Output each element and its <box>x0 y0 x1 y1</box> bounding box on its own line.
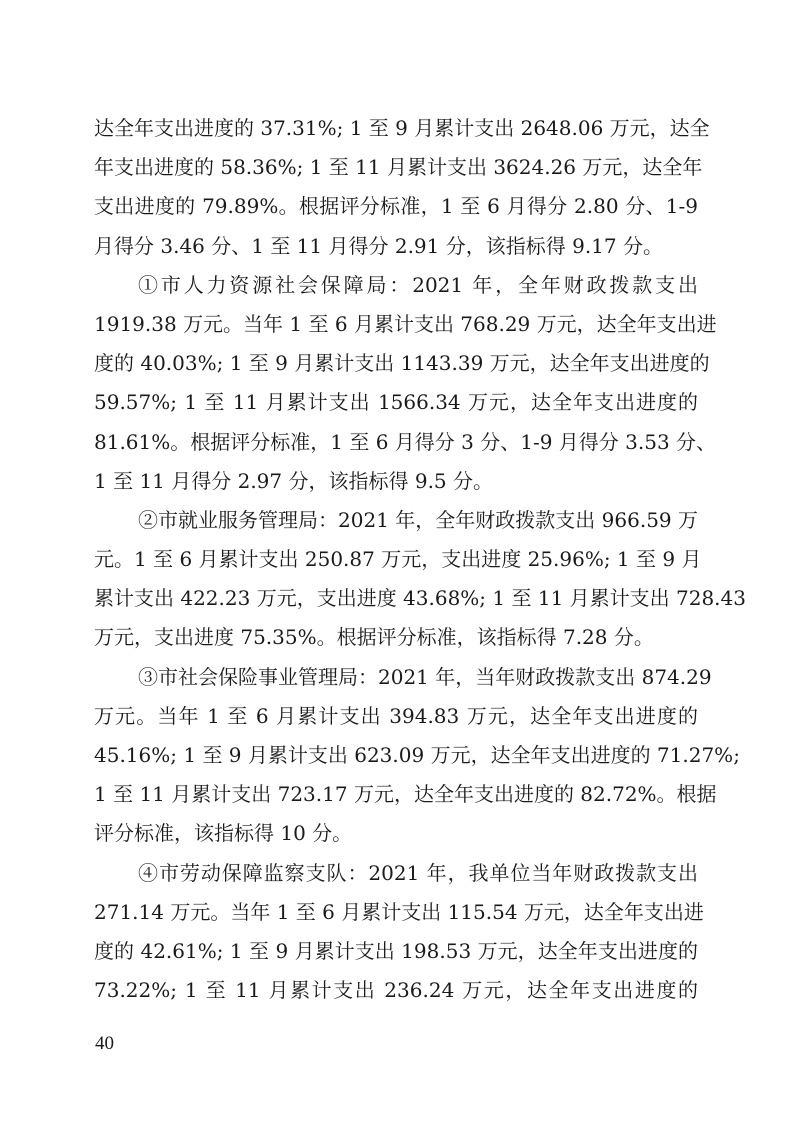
text-line: 73.22%; 1 至 11 月累计支出 236.24 万元，达全年支出进度的 <box>94 974 698 1013</box>
text-line: 1 至 11 月累计支出 723.17 万元，达全年支出进度的 82.72%。根… <box>94 778 698 817</box>
text-line: ④市劳动保障监察支队：2021 年，我单位当年财政拨款支出 <box>94 857 698 896</box>
text-line: 评分标准，该指标得 10 分。 <box>94 817 698 856</box>
text-line: 年支出进度的 58.36%; 1 至 11 月累计支出 3624.26 万元，达… <box>94 151 698 190</box>
paragraph-unit-2-employment-service: ②市就业服务管理局：2021 年，全年财政拨款支出 966.59 万 元。1 至… <box>94 504 698 661</box>
text-line: 1 至 11 月得分 2.97 分，该指标得 9.5 分。 <box>94 465 698 504</box>
document-body: 达全年支出进度的 37.31%; 1 至 9 月累计支出 2648.06 万元，… <box>94 112 698 1013</box>
text-line: 达全年支出进度的 37.31%; 1 至 9 月累计支出 2648.06 万元，… <box>94 112 698 151</box>
text-line: 万元。当年 1 至 6 月累计支出 394.83 万元，达全年支出进度的 <box>94 700 698 739</box>
text-line: 支出进度的 79.89%。根据评分标准，1 至 6 月得分 2.80 分、1-9 <box>94 190 698 229</box>
paragraph-unit-3-social-insurance: ③市社会保险事业管理局：2021 年，当年财政拨款支出 874.29 万元。当年… <box>94 661 698 857</box>
text-line: 元。1 至 6 月累计支出 250.87 万元，支出进度 25.96%; 1 至… <box>94 543 698 582</box>
paragraph-summary-continued: 达全年支出进度的 37.31%; 1 至 9 月累计支出 2648.06 万元，… <box>94 112 698 269</box>
text-line: 1919.38 万元。当年 1 至 6 月累计支出 768.29 万元，达全年支… <box>94 308 698 347</box>
page-number: 40 <box>95 1033 114 1055</box>
paragraph-unit-1-hrss-bureau: ①市人力资源社会保障局：2021 年，全年财政拨款支出 1919.38 万元。当… <box>94 269 698 504</box>
text-line: 271.14 万元。当年 1 至 6 月累计支出 115.54 万元，达全年支出… <box>94 896 698 935</box>
text-line: ②市就业服务管理局：2021 年，全年财政拨款支出 966.59 万 <box>94 504 698 543</box>
text-line: 累计支出 422.23 万元，支出进度 43.68%; 1 至 11 月累计支出… <box>94 582 698 621</box>
text-line: ①市人力资源社会保障局：2021 年，全年财政拨款支出 <box>94 269 698 308</box>
text-line: 81.61%。根据评分标准，1 至 6 月得分 3 分、1-9 月得分 3.53… <box>94 426 698 465</box>
text-line: 月得分 3.46 分、1 至 11 月得分 2.91 分，该指标得 9.17 分… <box>94 230 698 269</box>
text-line: ③市社会保险事业管理局：2021 年，当年财政拨款支出 874.29 <box>94 661 698 700</box>
text-line: 45.16%; 1 至 9 月累计支出 623.09 万元，达全年支出进度的 7… <box>94 739 698 778</box>
text-line: 万元，支出进度 75.35%。根据评分标准，该指标得 7.28 分。 <box>94 621 698 660</box>
text-line: 59.57%; 1 至 11 月累计支出 1566.34 万元，达全年支出进度的 <box>94 386 698 425</box>
paragraph-unit-4-labor-inspection: ④市劳动保障监察支队：2021 年，我单位当年财政拨款支出 271.14 万元。… <box>94 857 698 1014</box>
text-line: 度的 40.03%; 1 至 9 月累计支出 1143.39 万元，达全年支出进… <box>94 347 698 386</box>
text-line: 度的 42.61%; 1 至 9 月累计支出 198.53 万元，达全年支出进度… <box>94 935 698 974</box>
